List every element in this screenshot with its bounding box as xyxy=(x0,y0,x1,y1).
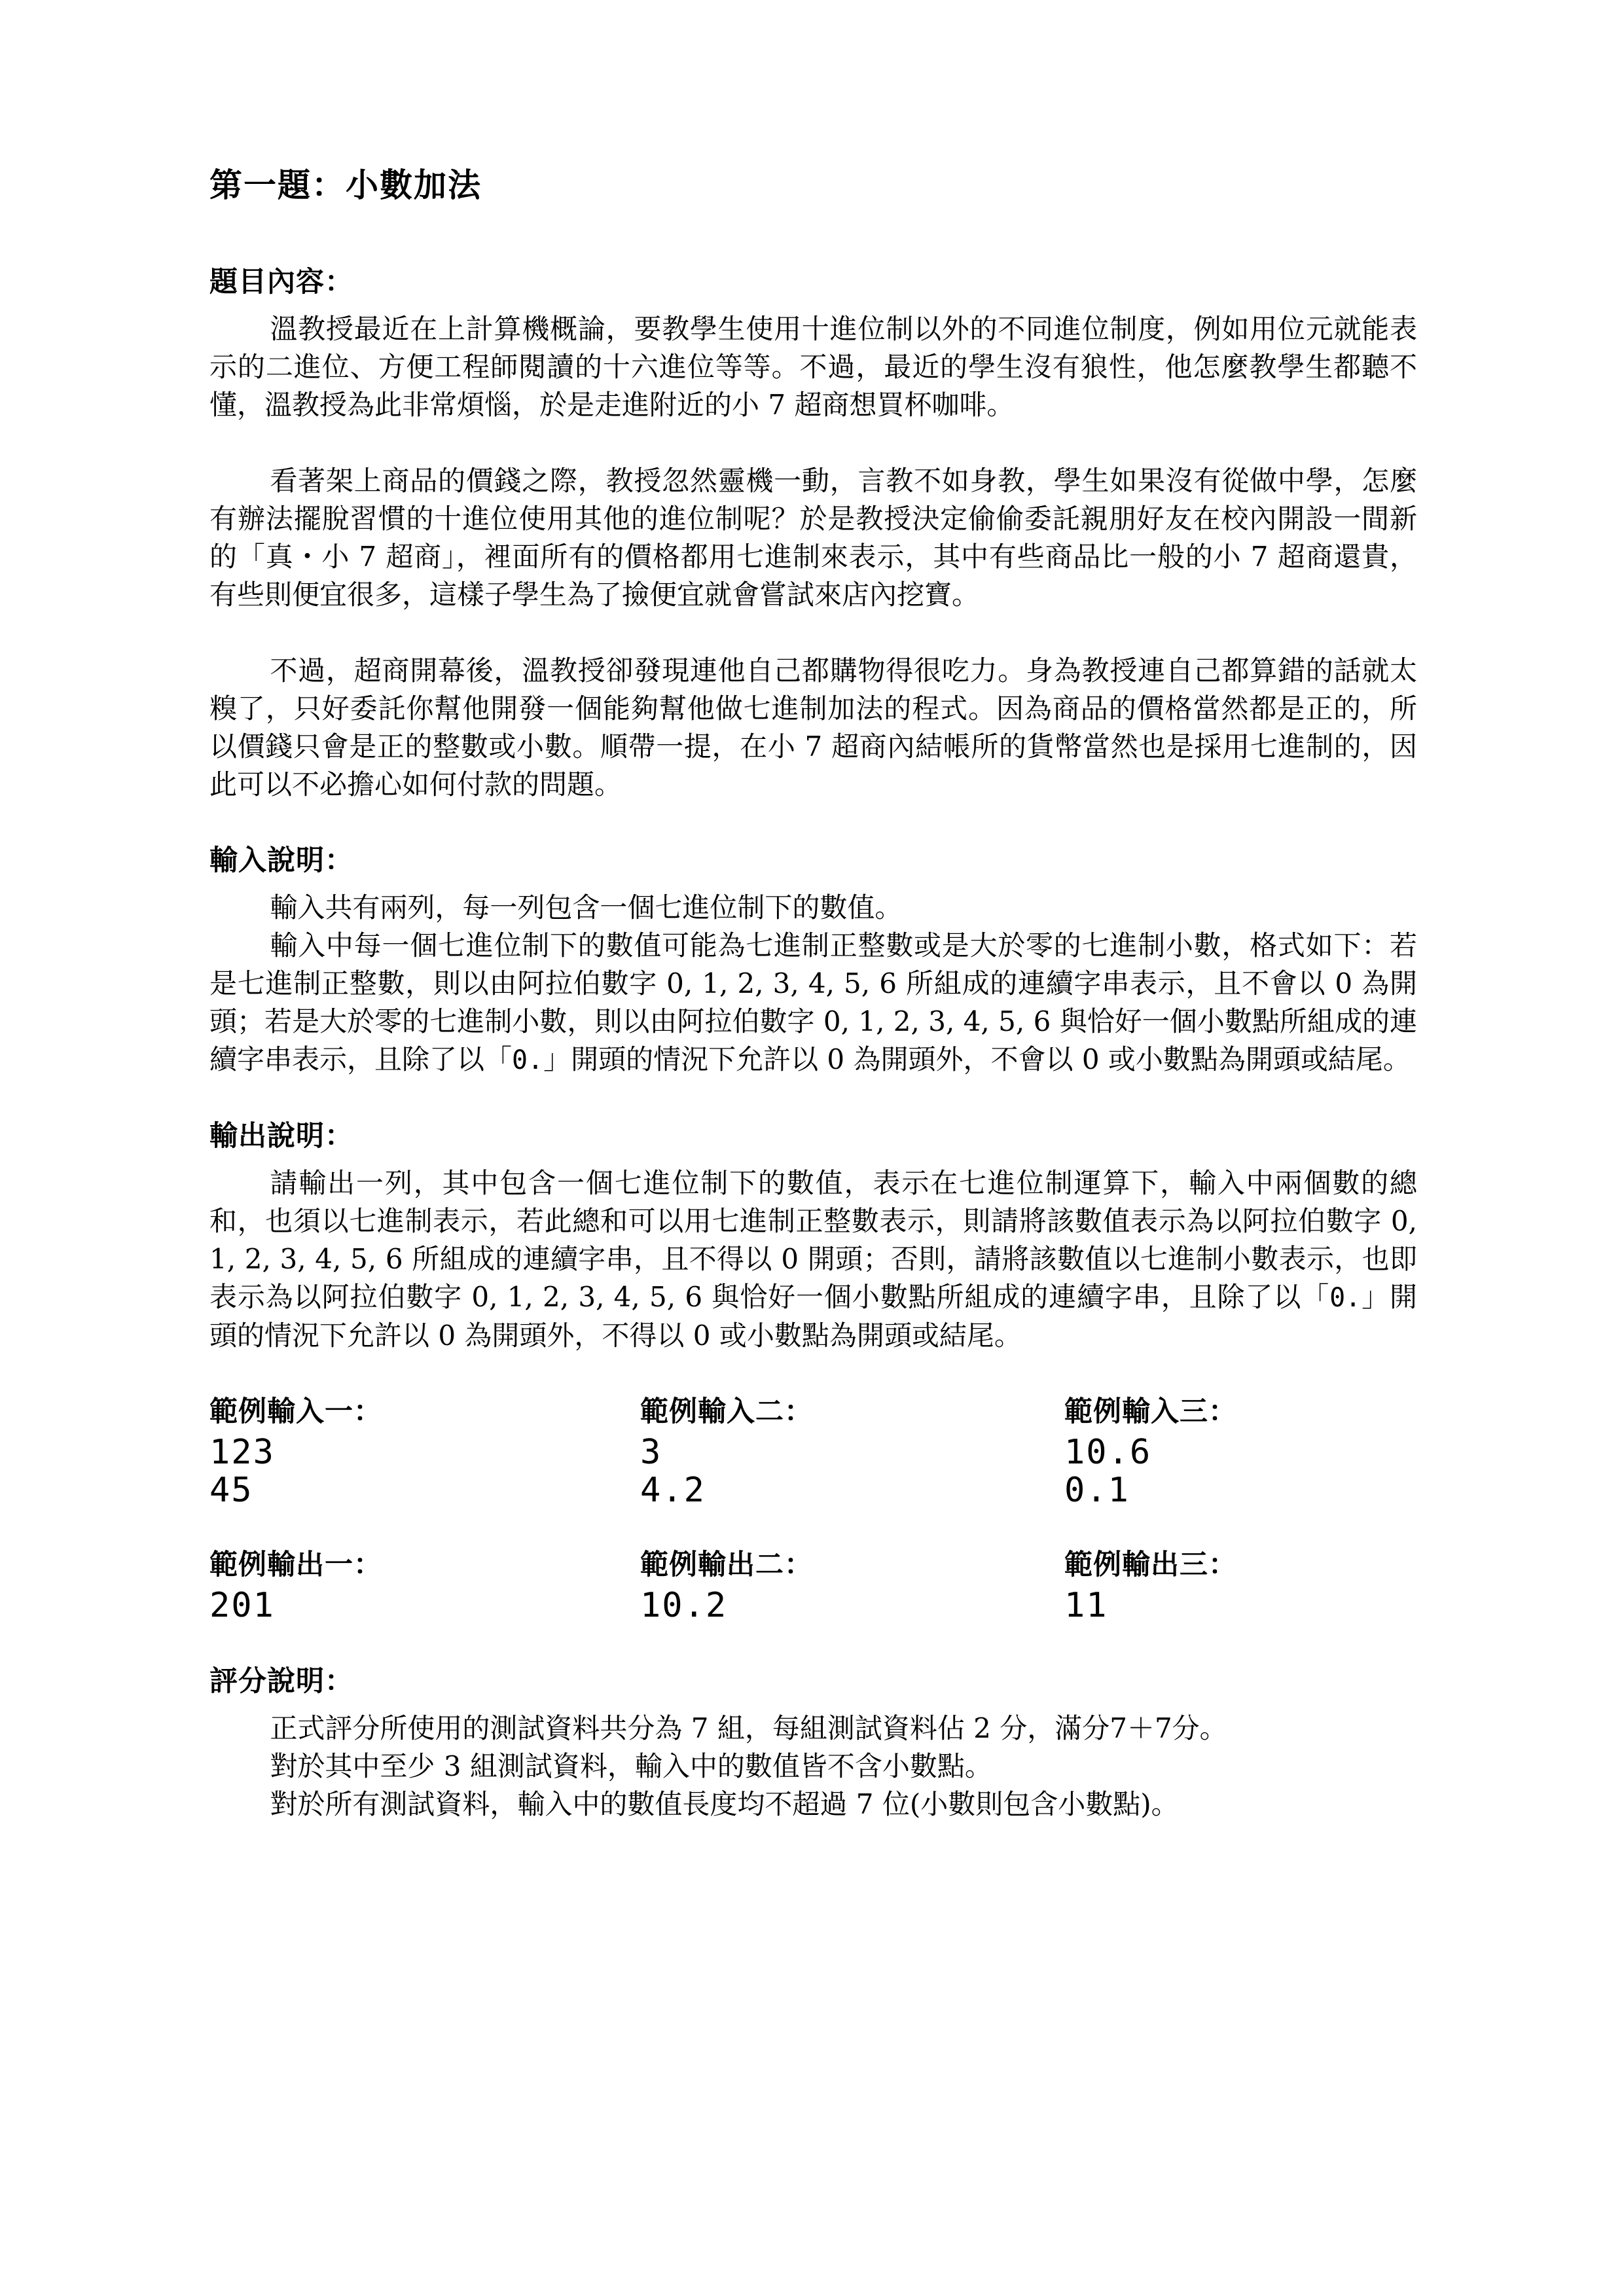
code-line: 11 xyxy=(1064,1587,1417,1624)
text-segment: 請輸出一列，其中包含一個七進位制下的數值，表示在七進位制運算下，輸入中兩個數的總… xyxy=(209,1167,1417,1313)
code-line: 10.6 xyxy=(1064,1433,1417,1471)
section-problem-content: 題目內容： 溫教授最近在上計算機概論，要教學生使用十進位制以外的不同進位制度，例… xyxy=(209,263,1417,804)
example-input-block-1: 範例輸入一： 123 45 xyxy=(209,1393,640,1509)
example-output-block-2: 範例輸出二： 10.2 xyxy=(640,1546,1064,1624)
example-input-block-3: 範例輸入三： 10.6 0.1 xyxy=(1064,1393,1417,1509)
example-output-block-1: 範例輸出一： 201 xyxy=(209,1546,640,1624)
scoring-line-2: 對於其中至少 3 組測試資料，輸入中的數值皆不含小數點。 xyxy=(209,1748,1417,1785)
example-input-2-code: 3 4.2 xyxy=(640,1433,1064,1509)
text-segment: 」開頭的情況下允許以 0 為開頭外，不會以 0 或小數點為開頭或結尾。 xyxy=(543,1043,1411,1075)
code-line: 201 xyxy=(209,1587,640,1624)
story-paragraph-1: 溫教授最近在上計算機概論，要教學生使用十進位制以外的不同進位制度，例如用位元就能… xyxy=(209,310,1417,424)
example-output-1-label: 範例輸出一： xyxy=(209,1546,640,1584)
section-heading-input: 輸入說明： xyxy=(209,842,1417,880)
input-paragraph-overview: 輸入共有兩列，每一列包含一個七進位制下的數值。 xyxy=(209,889,1417,927)
code-line: 10.2 xyxy=(640,1587,1064,1624)
output-paragraph-format: 請輸出一列，其中包含一個七進位制下的數值，表示在七進位制運算下，輸入中兩個數的總… xyxy=(209,1164,1417,1355)
section-input-description: 輸入說明： 輸入共有兩列，每一列包含一個七進位制下的數值。 輸入中每一個七進位制… xyxy=(209,842,1417,1079)
example-input-3-label: 範例輸入三： xyxy=(1064,1393,1417,1431)
scoring-line-3: 對於所有測試資料，輸入中的數值長度均不超過 7 位(小數則包含小數點)。 xyxy=(209,1785,1417,1823)
example-input-3-code: 10.6 0.1 xyxy=(1064,1433,1417,1509)
mono-zero-dot-snippet: 0. xyxy=(1329,1283,1361,1313)
example-input-2-label: 範例輸入二： xyxy=(640,1393,1064,1431)
code-line: 45 xyxy=(209,1471,640,1509)
example-inputs-row: 範例輸入一： 123 45 範例輸入二： 3 4.2 範例輸入三： 10.6 0… xyxy=(209,1393,1417,1509)
example-input-1-label: 範例輸入一： xyxy=(209,1393,640,1431)
section-heading-problem: 題目內容： xyxy=(209,263,1417,301)
section-heading-scoring: 評分說明： xyxy=(209,1662,1417,1700)
document-page: 第一題：小數加法 題目內容： 溫教授最近在上計算機概論，要教學生使用十進位制以外… xyxy=(0,0,1624,2296)
code-line: 0.1 xyxy=(1064,1471,1417,1509)
mono-zero-dot-snippet: 0. xyxy=(512,1045,543,1075)
example-input-block-2: 範例輸入二： 3 4.2 xyxy=(640,1393,1064,1509)
section-heading-output: 輸出說明： xyxy=(209,1117,1417,1155)
page-title: 第一題：小數加法 xyxy=(209,165,1417,206)
example-output-3-code: 11 xyxy=(1064,1587,1417,1624)
story-paragraph-3: 不過，超商開幕後，溫教授卻發現連他自己都購物得很吃力。身為教授連自己都算錯的話就… xyxy=(209,652,1417,804)
example-outputs-row: 範例輸出一： 201 範例輸出二： 10.2 範例輸出三： 11 xyxy=(209,1546,1417,1624)
section-scoring: 評分說明： 正式評分所使用的測試資料共分為 7 組，每組測試資料佔 2 分，滿分… xyxy=(209,1662,1417,1823)
scoring-line-1: 正式評分所使用的測試資料共分為 7 組，每組測試資料佔 2 分，滿分7＋7分。 xyxy=(209,1710,1417,1748)
example-output-2-code: 10.2 xyxy=(640,1587,1064,1624)
examples-section: 範例輸入一： 123 45 範例輸入二： 3 4.2 範例輸入三： 10.6 0… xyxy=(209,1393,1417,1624)
example-output-3-label: 範例輸出三： xyxy=(1064,1546,1417,1584)
code-line: 3 xyxy=(640,1433,1064,1471)
example-output-1-code: 201 xyxy=(209,1587,640,1624)
example-output-block-3: 範例輸出三： 11 xyxy=(1064,1546,1417,1624)
example-input-1-code: 123 45 xyxy=(209,1433,640,1509)
example-output-2-label: 範例輸出二： xyxy=(640,1546,1064,1584)
section-output-description: 輸出說明： 請輸出一列，其中包含一個七進位制下的數值，表示在七進位制運算下，輸入… xyxy=(209,1117,1417,1355)
code-line: 4.2 xyxy=(640,1471,1064,1509)
code-line: 123 xyxy=(209,1433,640,1471)
story-paragraph-2: 看著架上商品的價錢之際，教授忽然靈機一動，言教不如身教，學生如果沒有從做中學，怎… xyxy=(209,462,1417,614)
input-paragraph-format: 輸入中每一個七進位制下的數值可能為七進制正整數或是大於零的七進制小數，格式如下：… xyxy=(209,927,1417,1079)
